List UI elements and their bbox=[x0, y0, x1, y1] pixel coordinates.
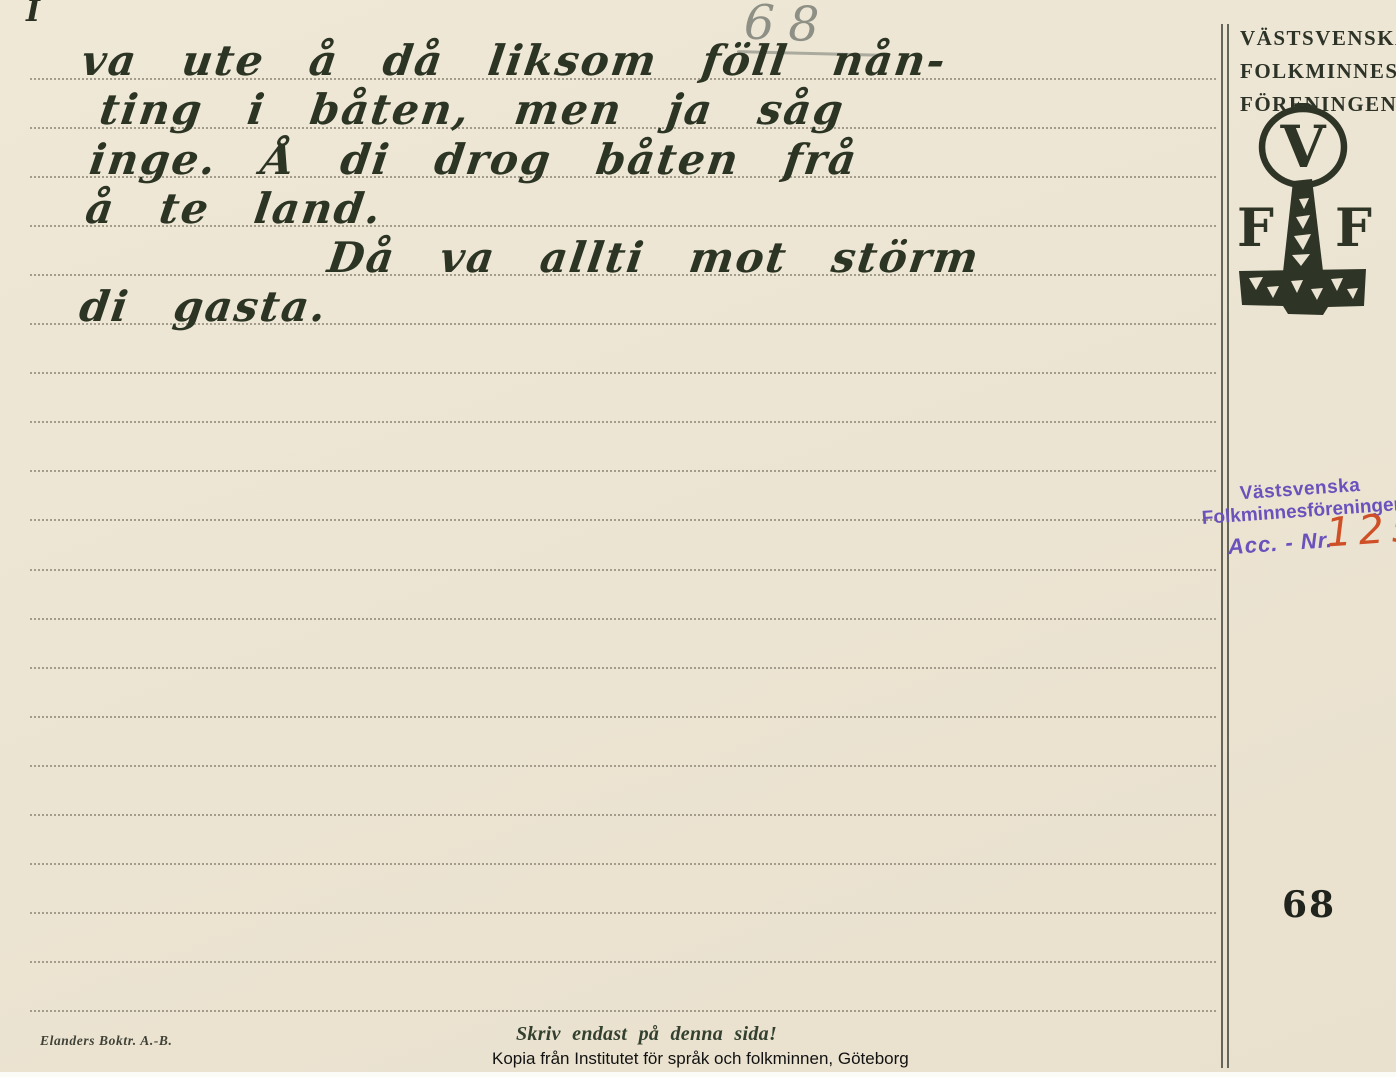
thors-hammer-icon: V F F bbox=[1233, 103, 1393, 321]
logo-letter-v: V bbox=[1279, 113, 1326, 181]
ruled-line bbox=[30, 519, 1216, 521]
handwriting-line: å te land. bbox=[83, 184, 386, 233]
vff-logo: V F F bbox=[1233, 103, 1393, 326]
ruled-line bbox=[30, 372, 1216, 374]
ruled-line bbox=[30, 618, 1216, 620]
printed-page-number: 68 bbox=[1282, 884, 1336, 926]
ruled-line bbox=[30, 569, 1216, 571]
organization-line: VÄSTSVENSKA bbox=[1240, 22, 1396, 55]
logo-letter-f-left: F bbox=[1237, 198, 1274, 259]
ruled-line bbox=[30, 716, 1216, 718]
handwriting-line: va ute å då liksom föll nån- bbox=[79, 36, 951, 85]
provenance-caption: Kopia från Institutet för språk och folk… bbox=[492, 1049, 909, 1069]
ruled-line bbox=[30, 961, 1216, 963]
ruled-line bbox=[30, 765, 1216, 767]
handwriting-line: ting i båten, men ja såg bbox=[97, 85, 848, 134]
ruled-line bbox=[30, 863, 1216, 865]
logo-letter-f-right: F bbox=[1335, 198, 1372, 259]
ruled-line bbox=[30, 912, 1216, 914]
scan-edge bbox=[0, 1072, 1396, 1077]
accession-number: 1252 bbox=[1325, 502, 1396, 557]
handwriting-line: di gasta. bbox=[77, 282, 331, 331]
handwriting-line: inge. Å di drog båten frå bbox=[87, 135, 862, 184]
corner-mark: I bbox=[26, 0, 40, 29]
write-only-instruction: Skriv endast på denna sida! bbox=[516, 1023, 777, 1046]
organization-line: FOLKMINNES- bbox=[1240, 55, 1396, 88]
ruled-line bbox=[30, 667, 1216, 669]
ruled-line bbox=[30, 421, 1216, 423]
printer-credit: Elanders Boktr. A.-B. bbox=[40, 1033, 173, 1049]
ruled-line bbox=[30, 470, 1216, 472]
handwriting-line: Då va allti mot störm bbox=[325, 233, 984, 282]
ruled-line bbox=[30, 814, 1216, 816]
scanned-archive-page: { "document": { "corner_mark": "I", "pen… bbox=[0, 0, 1396, 1077]
ruled-line bbox=[30, 1010, 1216, 1012]
